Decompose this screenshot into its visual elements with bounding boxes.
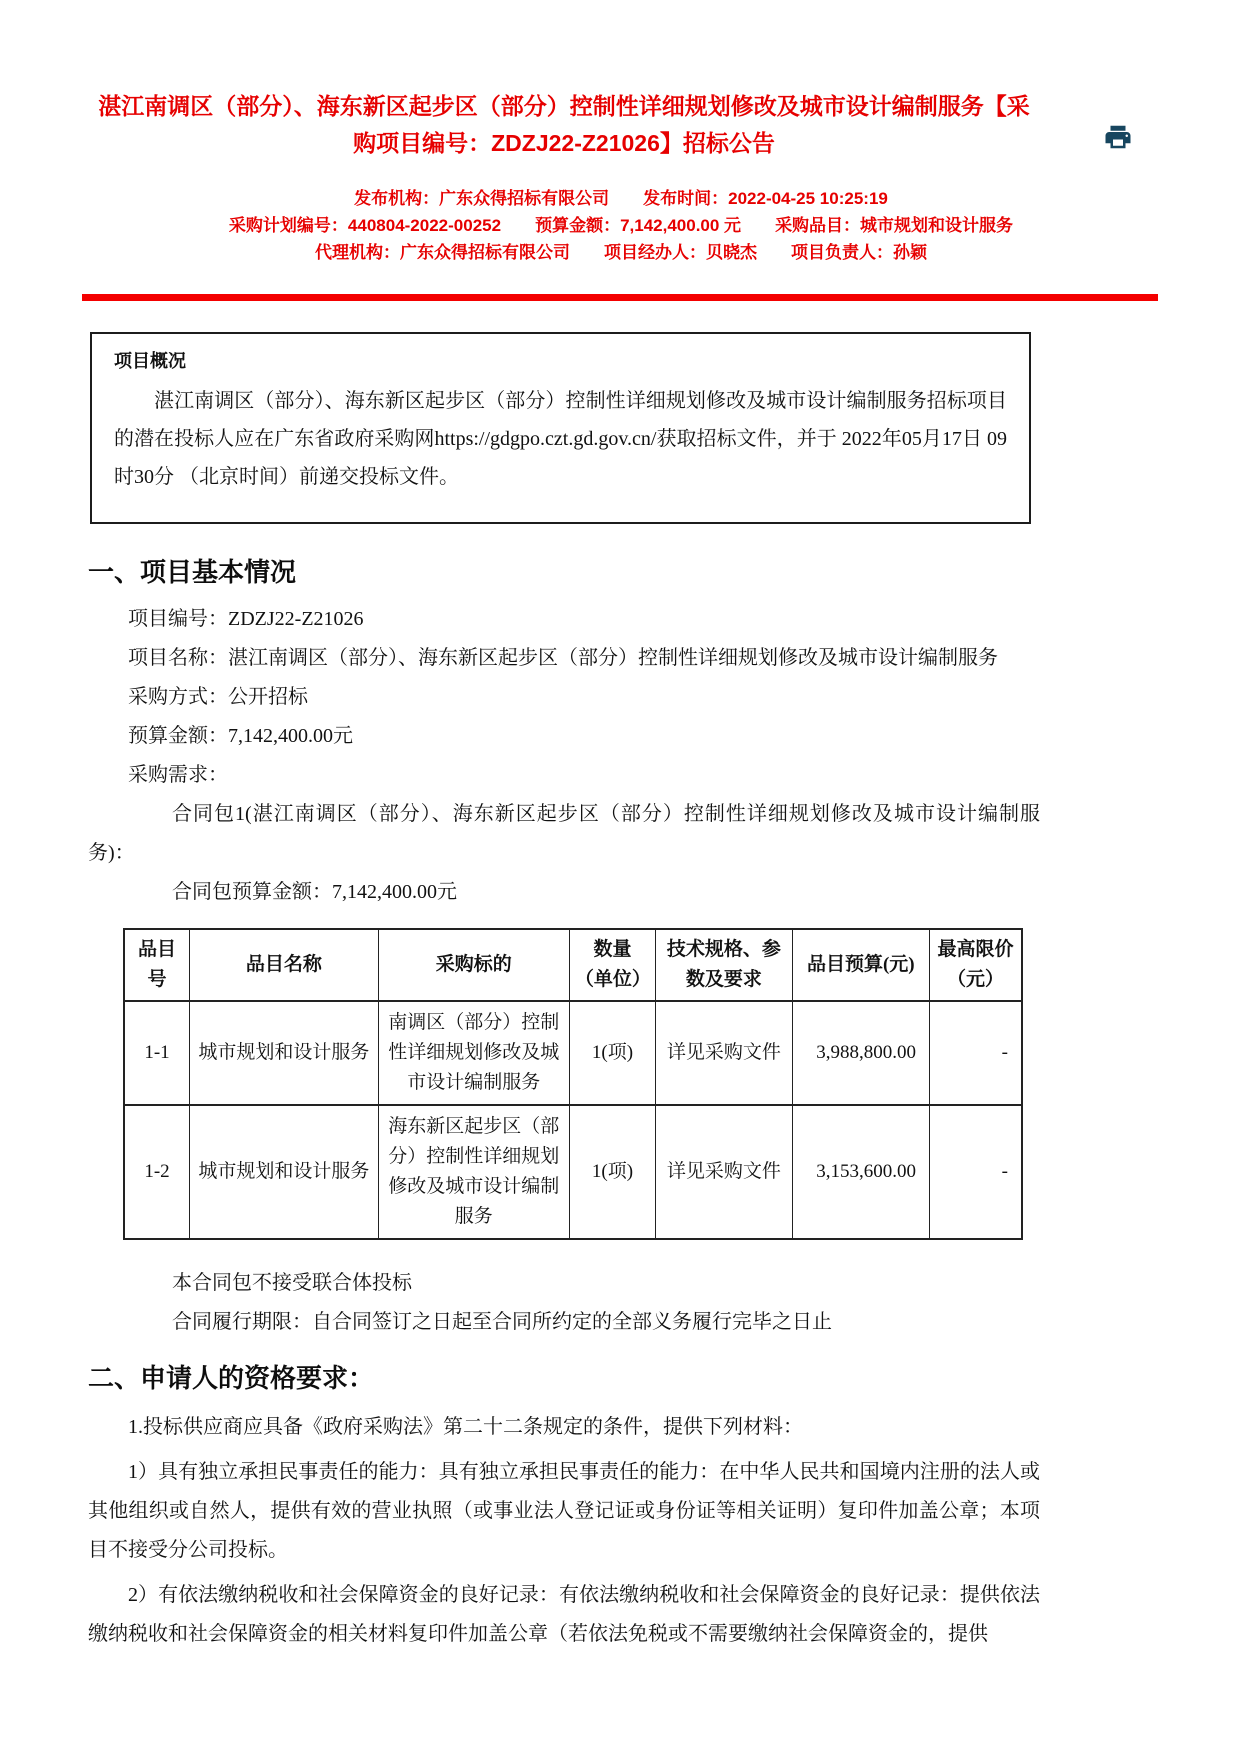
meta-item: 预算金额：7,142,400.00 元 <box>535 212 741 239</box>
header-cell: 品目预算(元) <box>792 929 929 1001</box>
print-button[interactable] <box>1103 121 1135 153</box>
header-cell: 最高限价（元） <box>929 929 1022 1001</box>
printer-icon <box>1103 122 1135 152</box>
info-line: 预算金额：7,142,400.00元 <box>88 717 1040 756</box>
qualification-paragraphs: 1.投标供应商应具备《政府采购法》第二十二条规定的条件，提供下列材料：1）具有独… <box>88 1408 1040 1654</box>
table-cell: - <box>929 1001 1022 1105</box>
meta-item: 项目负责人：孙颖 <box>791 239 927 266</box>
qualification-paragraph: 1）具有独立承担民事责任的能力：具有独立承担民事责任的能力：在中华人民共和国境内… <box>88 1453 1040 1570</box>
items-table-head: 品目号品目名称采购标的数量（单位）技术规格、参数及要求品目预算(元)最高限价（元… <box>124 929 1022 1001</box>
meta-line: 代理机构：广东众得招标有限公司项目经办人：贝晓杰项目负责人：孙颖 <box>0 239 1242 266</box>
table-cell: 详见采购文件 <box>656 1105 792 1239</box>
table-cell: 1(项) <box>569 1001 655 1105</box>
section-2-heading: 二、申请人的资格要求： <box>88 1360 1040 1396</box>
table-cell: 1-2 <box>124 1105 190 1239</box>
meta-item: 项目经办人：贝晓杰 <box>604 239 757 266</box>
meta-line: 采购计划编号：440804-2022-00252预算金额：7,142,400.0… <box>0 212 1242 239</box>
meta-block: 发布机构：广东众得招标有限公司发布时间：2022-04-25 10:25:19采… <box>0 185 1242 266</box>
table-cell: 1(项) <box>569 1105 655 1239</box>
table-cell: - <box>929 1105 1022 1239</box>
table-cell: 城市规划和设计服务 <box>190 1105 379 1239</box>
table-row: 1-2城市规划和设计服务海东新区起步区（部分）控制性详细规划修改及城市设计编制服… <box>124 1105 1022 1239</box>
red-divider <box>82 294 1158 301</box>
table-cell: 1-1 <box>124 1001 190 1105</box>
table-cell: 详见采购文件 <box>656 1001 792 1105</box>
meta-item: 发布机构：广东众得招标有限公司 <box>354 185 609 212</box>
meta-item: 代理机构：广东众得招标有限公司 <box>315 239 570 266</box>
meta-item: 采购计划编号：440804-2022-00252 <box>229 212 501 239</box>
table-notes: 本合同包不接受联合体投标合同履行期限：自合同签订之日起至合同所约定的全部义务履行… <box>88 1264 1040 1342</box>
note-line: 本合同包不接受联合体投标 <box>88 1264 1040 1303</box>
header-cell: 数量（单位） <box>569 929 655 1001</box>
info-line: 采购需求： <box>88 756 1040 795</box>
meta-item: 采购品目：城市规划和设计服务 <box>775 212 1013 239</box>
table-cell: 3,153,600.00 <box>792 1105 929 1239</box>
info-line: 项目编号：ZDZJ22-Z21026 <box>88 600 1040 639</box>
header-cell: 品目号 <box>124 929 190 1001</box>
overview-body: 湛江南调区（部分）、海东新区起步区（部分）控制性详细规划修改及城市设计编制服务招… <box>114 382 1007 496</box>
table-cell: 海东新区起步区（部分）控制性详细规划修改及城市设计编制服务 <box>378 1105 569 1239</box>
note-line: 合同履行期限：自合同签订之日起至合同所约定的全部义务履行完毕之日止 <box>88 1303 1040 1342</box>
announcement-page: 湛江南调区（部分）、海东新区起步区（部分）控制性详细规划修改及城市设计编制服务【… <box>0 0 1242 1756</box>
table-cell: 南调区（部分）控制性详细规划修改及城市设计编制服务 <box>378 1001 569 1105</box>
meta-line: 发布机构：广东众得招标有限公司发布时间：2022-04-25 10:25:19 <box>0 185 1242 212</box>
contract-package-line: 合同包1(湛江南调区（部分）、海东新区起步区（部分）控制性详细规划修改及城市设计… <box>88 795 1040 873</box>
contract-budget-line: 合同包预算金额：7,142,400.00元 <box>88 873 1040 912</box>
meta-item: 发布时间：2022-04-25 10:25:19 <box>643 185 888 212</box>
header-cell: 技术规格、参数及要求 <box>656 929 792 1001</box>
info-line: 采购方式：公开招标 <box>88 678 1040 717</box>
section-1-heading: 一、项目基本情况 <box>88 554 1040 590</box>
project-info-lines: 项目编号：ZDZJ22-Z21026项目名称：湛江南调区（部分）、海东新区起步区… <box>88 600 1040 795</box>
page-title: 湛江南调区（部分）、海东新区起步区（部分）控制性详细规划修改及城市设计编制服务【… <box>88 88 1040 162</box>
qualification-paragraph: 1.投标供应商应具备《政府采购法》第二十二条规定的条件，提供下列材料： <box>88 1408 1040 1447</box>
table-row: 1-1城市规划和设计服务南调区（部分）控制性详细规划修改及城市设计编制服务1(项… <box>124 1001 1022 1105</box>
qualification-paragraph: 2）有依法缴纳税收和社会保障资金的良好记录：有依法缴纳税收和社会保障资金的良好记… <box>88 1576 1040 1654</box>
items-table: 品目号品目名称采购标的数量（单位）技术规格、参数及要求品目预算(元)最高限价（元… <box>123 928 1023 1240</box>
header-row: 品目号品目名称采购标的数量（单位）技术规格、参数及要求品目预算(元)最高限价（元… <box>124 929 1022 1001</box>
overview-box: 项目概况 湛江南调区（部分）、海东新区起步区（部分）控制性详细规划修改及城市设计… <box>90 332 1031 524</box>
header-cell: 品目名称 <box>190 929 379 1001</box>
items-table-body: 1-1城市规划和设计服务南调区（部分）控制性详细规划修改及城市设计编制服务1(项… <box>124 1001 1022 1239</box>
overview-heading: 项目概况 <box>114 348 1007 374</box>
info-line: 项目名称：湛江南调区（部分）、海东新区起步区（部分）控制性详细规划修改及城市设计… <box>88 639 1040 678</box>
table-cell: 3,988,800.00 <box>792 1001 929 1105</box>
header: 湛江南调区（部分）、海东新区起步区（部分）控制性详细规划修改及城市设计编制服务【… <box>0 0 1242 162</box>
header-cell: 采购标的 <box>378 929 569 1001</box>
table-cell: 城市规划和设计服务 <box>190 1001 379 1105</box>
